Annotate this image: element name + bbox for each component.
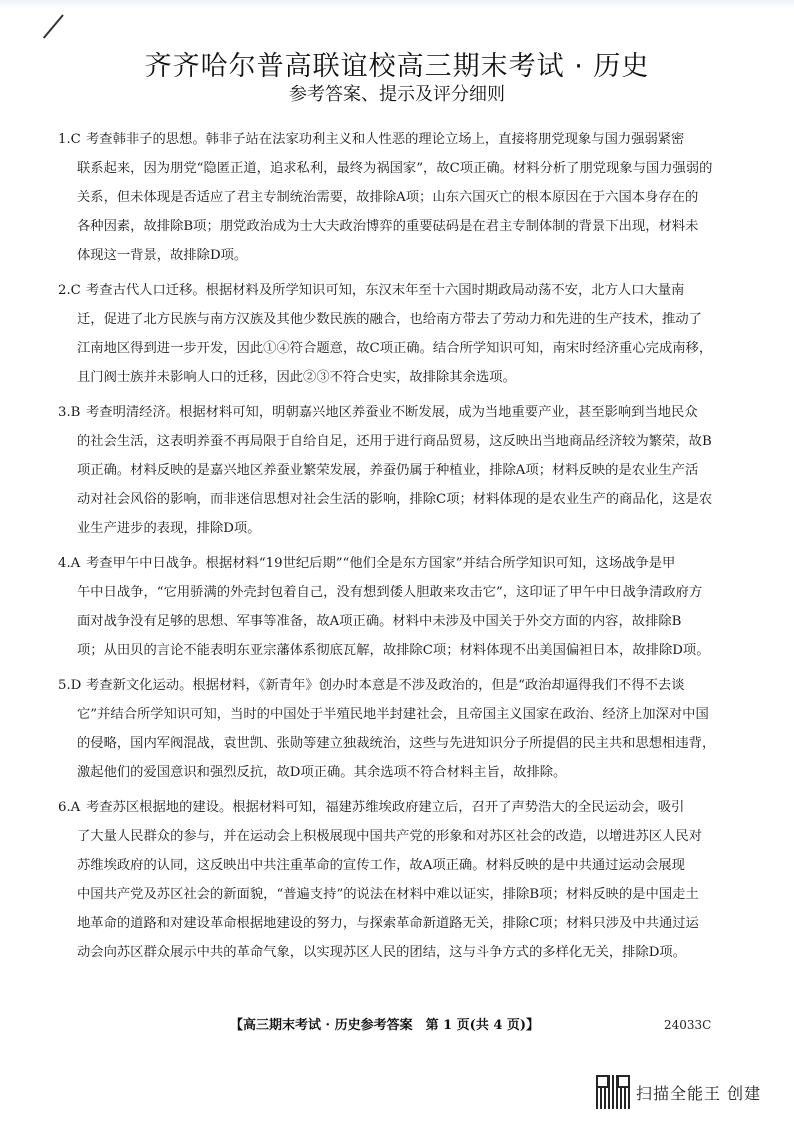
page-footer: 【高三期末考试 · 历史参考答案 第 1 页(共 4 页)】 — [230, 1014, 539, 1033]
answer-item: 1.C考查韩非子的思想。韩非子站在法家功利主义和人性恶的理论立场上，直接将朋党现… — [58, 125, 758, 270]
answer-text: 考查明清经济。根据材料可知，明朝嘉兴地区养蚕业不断发展，成为当地重要产业，甚至影… — [86, 405, 698, 420]
answer-item: 2.C考查古代人口迁移。根据材料及所学知识可知，东汉末年至十六国时期政局动荡不安… — [58, 276, 758, 392]
answer-text: 迁，促进了北方民族与南方汉族及其他少数民族的融合，也给南方带去了劳动力和先进的生… — [58, 305, 758, 334]
answer-number: 2.C — [58, 276, 86, 305]
answer-text: 地革命的道路和对建设革命根据地建设的努力，与探索革命新道路无关，排除C项；材料只… — [58, 909, 758, 938]
answer-text: 项正确。材料反映的是嘉兴地区养蚕业繁荣发展，养蚕仍属于种植业，排除A项；材料反映… — [58, 456, 758, 485]
answer-text: 面对战争没有足够的思想、军事等准备，故A项正确。材料中未涉及中国关于外交方面的内… — [58, 607, 758, 636]
document-title: 齐齐哈尔普高联谊校高三期末考试 · 历史 — [0, 44, 794, 83]
scanner-watermark-text: 扫描全能王 创建 — [636, 1081, 761, 1104]
pen-mark — [43, 14, 64, 38]
answer-text: 中国共产党及苏区社会的新面貌，“普遍支持”的说法在材料中难以证实，排除B项；材料… — [58, 880, 758, 909]
answer-list: 1.C考查韩非子的思想。韩非子站在法家功利主义和人性恶的理论立场上，直接将朋党现… — [58, 125, 758, 973]
answer-text: 考查甲午中日战争。根据材料“19世纪后期”“他们全是东方国家”并结合所学知识可知… — [86, 556, 675, 571]
qr-code-icon — [596, 1075, 630, 1109]
answer-number: 4.A — [58, 549, 86, 578]
answer-text: 苏维埃政府的认同，这反映出中共注重革命的宣传工作，故A项正确。材料反映的是中共通… — [58, 851, 758, 880]
answer-text: 且门阀士族并未影响人口的迁移，因此②③不符合史实，故排除其余选项。 — [58, 363, 758, 392]
answer-item: 4.A考查甲午中日战争。根据材料“19世纪后期”“他们全是东方国家”并结合所学知… — [58, 549, 758, 665]
answer-text: 动会向苏区群众展示中共的革命气象，以实现苏区人民的团结，这与斗争方式的多样化无关… — [58, 938, 758, 967]
answer-text: 考查苏区根据地的建设。根据材料可知，福建苏维埃政府建立后，召开了声势浩大的全民运… — [86, 800, 684, 815]
answer-text: 激起他们的爱国意识和强烈反抗，故D项正确。其余选项不符合材料主旨，故排除。 — [58, 758, 758, 787]
answer-text: 动对社会风俗的影响，而非迷信思想对社会生活的影响，排除C项；材料体现的是农业生产… — [58, 485, 758, 514]
answer-item: 6.A考查苏区根据地的建设。根据材料可知，福建苏维埃政府建立后，召开了声势浩大的… — [58, 793, 758, 967]
document-subtitle: 参考答案、提示及评分细则 — [0, 80, 794, 106]
answer-number: 6.A — [58, 793, 86, 822]
answer-text: 江南地区得到进一步开发，因此①④符合题意，故C项正确。结合所学知识可知，南宋时经… — [58, 334, 758, 363]
answer-number: 3.B — [58, 398, 86, 427]
answer-text: 了大量人民群众的参与，并在运动会上积极展现中国共产党的形象和对苏区社会的改造，以… — [58, 822, 758, 851]
answer-item: 3.B考查明清经济。根据材料可知，明朝嘉兴地区养蚕业不断发展，成为当地重要产业，… — [58, 398, 758, 543]
answer-text: 关系，但未体现是否适应了君主专制统治需要，故排除A项；山东六国灭亡的根本原因在于… — [58, 183, 758, 212]
answer-text: 的侵略，国内军阀混战，袁世凯、张勋等建立独裁统治，这些与先进知识分子所提倡的民主… — [58, 729, 758, 758]
scanner-watermark: 扫描全能王 创建 — [596, 1075, 761, 1109]
answer-text: 考查韩非子的思想。韩非子站在法家功利主义和人性恶的理论立场上，直接将朋党现象与国… — [86, 132, 684, 147]
answer-text: 午中日战争，“它用骄满的外壳封包着自己，没有想到倭人胆敢来攻击它”，这印证了甲午… — [58, 578, 758, 607]
answer-text: 业生产进步的表现，排除D项。 — [58, 514, 758, 543]
answer-text: 联系起来，因为朋党“隐匿正道，追求私利，最终为祸国家”，故C项正确。材料分析了朋… — [58, 154, 758, 183]
answer-text: 它”并结合所学知识可知，当时的中国处于半殖民地半封建社会，且帝国主义国家在政治、… — [58, 700, 758, 729]
answer-text: 体现这一背景，故排除D项。 — [58, 241, 758, 270]
answer-item: 5.D考查新文化运动。根据材料，《新青年》创办时本意是不涉及政治的，但是“政治却… — [58, 671, 758, 787]
answer-text: 项；从田贝的言论不能表明东亚宗藩体系彻底瓦解，故排除C项；材料体现不出美国偏袒日… — [58, 636, 758, 665]
page-edge — [0, 0, 794, 8]
answer-number: 1.C — [58, 125, 86, 154]
answer-text: 考查古代人口迁移。根据材料及所学知识可知，东汉末年至十六国时期政局动荡不安，北方… — [86, 283, 684, 298]
answer-text: 考查新文化运动。根据材料，《新青年》创办时本意是不涉及政治的，但是“政治却逼得我… — [86, 678, 685, 693]
document-code: 24033C — [664, 1018, 711, 1032]
answer-number: 5.D — [58, 671, 86, 700]
answer-text: 的社会生活，这表明养蚕不再局限于自给自足，还用于进行商品贸易，这反映出当地商品经… — [58, 427, 758, 456]
answer-text: 各种因素，故排除B项；朋党政治成为士大夫政治博弈的重要砝码是在君主专制体制的背景… — [58, 212, 758, 241]
